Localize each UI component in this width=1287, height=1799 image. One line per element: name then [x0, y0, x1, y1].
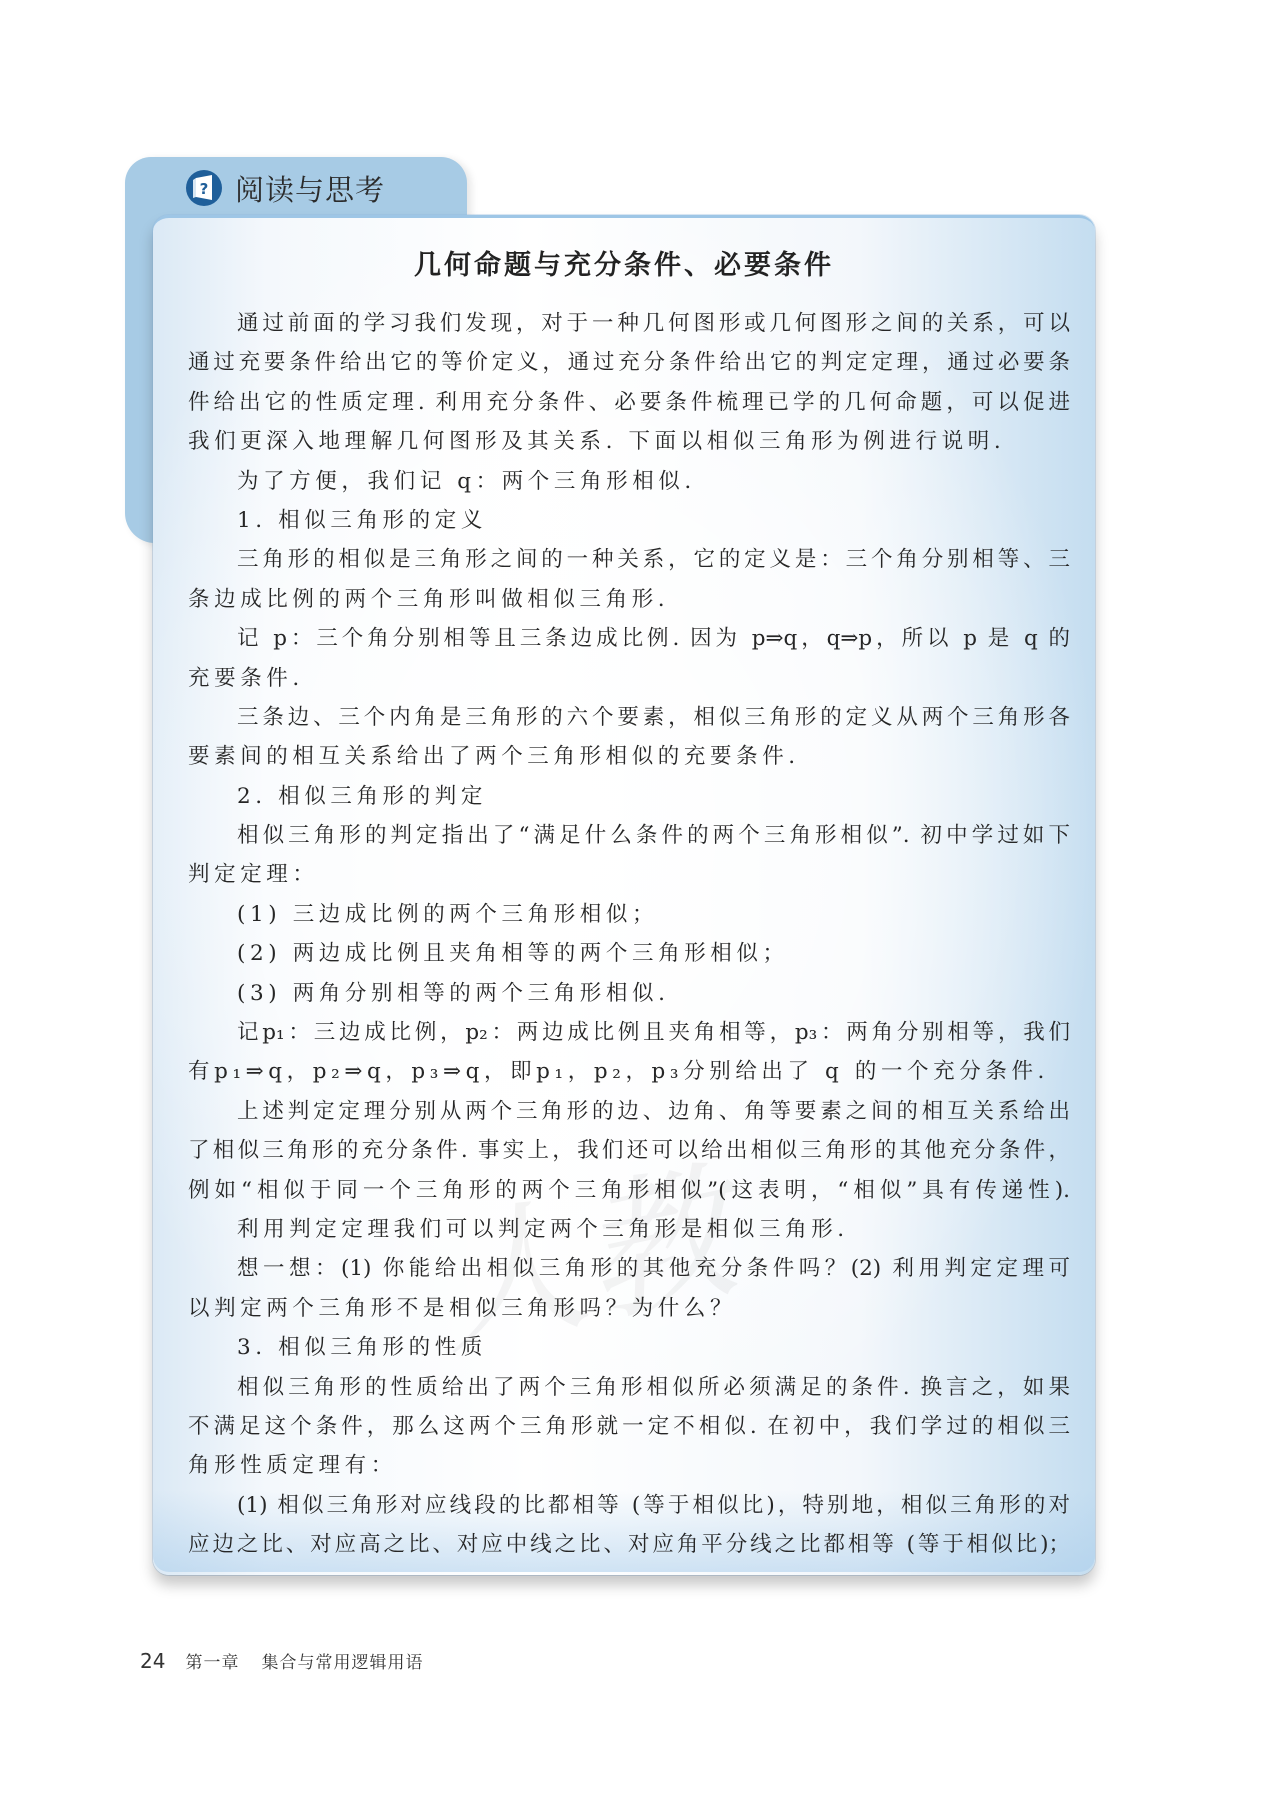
text-line: 记p₁：三边成比例，p₂：两边成比例且夹角相等，p₃：两角分别相等，我们: [188, 1013, 1070, 1052]
text-line: 有p₁⇒q，p₂⇒q，p₃⇒q，即p₁，p₂，p₃分别给出了 q 的一个充分条件…: [188, 1052, 1070, 1091]
text-line: 相似三角形的性质给出了两个三角形相似所必须满足的条件. 换言之，如果: [188, 1368, 1070, 1407]
text-line: 充要条件.: [188, 659, 1070, 698]
text-line: 应边之比、对应高之比、对应中线之比、对应角平分线之比都相等 (等于相似比)；: [188, 1525, 1070, 1564]
text-line: (1) 三边成比例的两个三角形相似；: [188, 895, 1070, 934]
text-line: 不满足这个条件，那么这两个三角形就一定不相似. 在初中，我们学过的相似三: [188, 1407, 1070, 1446]
text-line: 通过前面的学习我们发现，对于一种几何图形或几何图形之间的关系，可以: [188, 304, 1070, 343]
text-line: (1) 相似三角形对应线段的比都相等 (等于相似比)，特别地，相似三角形的对: [188, 1486, 1070, 1525]
text-line: 我们更深入地理解几何图形及其关系. 下面以相似三角形为例进行说明.: [188, 422, 1070, 461]
text-line: 利用判定定理我们可以判定两个三角形是相似三角形.: [188, 1210, 1070, 1249]
text-line: 条边成比例的两个三角形叫做相似三角形.: [188, 580, 1070, 619]
section-header: ? 阅读与思考: [185, 165, 385, 211]
article-title: 几何命题与充分条件、必要条件: [153, 243, 1095, 282]
page-number: 24: [140, 1649, 165, 1673]
svg-text:?: ?: [200, 180, 209, 198]
text-line: 三角形的相似是三角形之间的一种关系，它的定义是：三个角分别相等、三: [188, 540, 1070, 579]
question-book-icon: ?: [185, 169, 223, 207]
text-line: 上述判定定理分别从两个三角形的边、边角、角等要素之间的相互关系给出: [188, 1092, 1070, 1131]
chapter-number: 第一章: [185, 1648, 239, 1673]
text-line: 件给出它的性质定理. 利用充分条件、必要条件梳理已学的几何命题，可以促进: [188, 383, 1070, 422]
text-line: 记 p：三个角分别相等且三条边成比例. 因为 p⇒q，q⇒p，所以 p 是 q …: [188, 619, 1070, 658]
text-line: 想一想：(1) 你能给出相似三角形的其他充分条件吗？(2) 利用判定定理可: [188, 1249, 1070, 1288]
text-line: 2. 相似三角形的判定: [188, 777, 1070, 816]
text-line: 例如“相似于同一个三角形的两个三角形相似”(这表明，“相似”具有传递性).: [188, 1171, 1070, 1210]
text-line: 1. 相似三角形的定义: [188, 501, 1070, 540]
text-line: 了相似三角形的充分条件. 事实上，我们还可以给出相似三角形的其他充分条件，: [188, 1131, 1070, 1170]
chapter-title: 集合与常用逻辑用语: [261, 1648, 423, 1673]
text-line: 相似三角形的判定指出了“满足什么条件的两个三角形相似”. 初中学过如下: [188, 816, 1070, 855]
text-line: 以判定两个三角形不是相似三角形吗？为什么？: [188, 1289, 1070, 1328]
text-line: 判定定理：: [188, 855, 1070, 894]
page-footer: 24 第一章 集合与常用逻辑用语: [140, 1648, 423, 1673]
section-label: 阅读与思考: [235, 168, 385, 209]
text-line: 要素间的相互关系给出了两个三角形相似的充要条件.: [188, 737, 1070, 776]
text-line: 通过充要条件给出它的等价定义，通过充分条件给出它的判定定理，通过必要条: [188, 343, 1070, 382]
text-line: 角形性质定理有：: [188, 1446, 1070, 1485]
text-line: 三条边、三个内角是三角形的六个要素，相似三角形的定义从两个三角形各: [188, 698, 1070, 737]
text-line: (3) 两角分别相等的两个三角形相似.: [188, 974, 1070, 1013]
article-body: 通过前面的学习我们发现，对于一种几何图形或几何图形之间的关系，可以通过充要条件给…: [188, 304, 1070, 1565]
text-line: 为了方便，我们记 q：两个三角形相似.: [188, 462, 1070, 501]
text-line: 3. 相似三角形的性质: [188, 1328, 1070, 1367]
text-line: (2) 两边成比例且夹角相等的两个三角形相似；: [188, 934, 1070, 973]
